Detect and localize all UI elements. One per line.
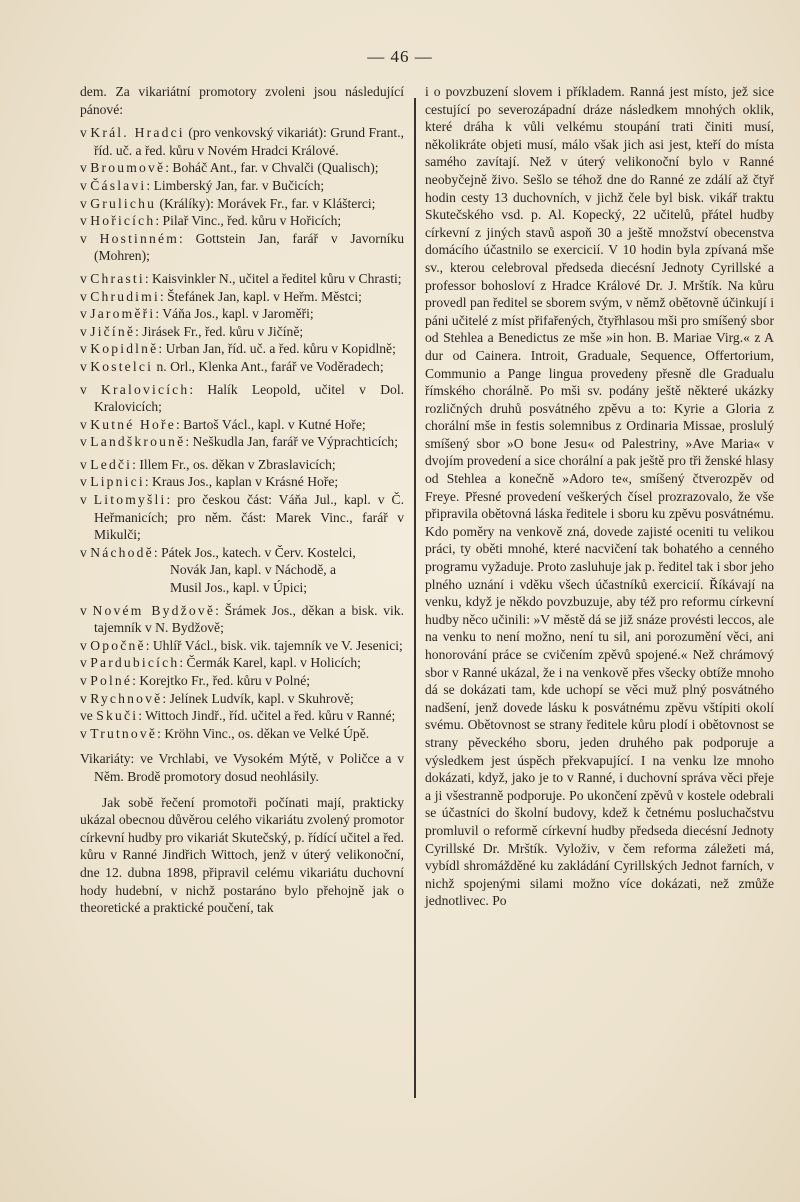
list-item: v Chrudimi: Štefánek Jan, kapl. v Heřm. … bbox=[80, 288, 404, 306]
list-item: v Landškrouně: Neškudla Jan, farář ve Vý… bbox=[80, 433, 404, 451]
place-name: Chrudimi bbox=[90, 289, 160, 304]
list-item: v Hostinném: Gottstein Jan, farář v Javo… bbox=[80, 230, 404, 265]
place-name: Ledči bbox=[90, 457, 132, 472]
place-name: Hořicích bbox=[90, 213, 155, 228]
place-name: Novém Bydžově bbox=[92, 603, 215, 618]
promoter-list: v Král. Hradci (pro venkovský vikariát):… bbox=[80, 124, 404, 742]
list-item: v Lipnici: Kraus Jos., kaplan v Krásné H… bbox=[80, 473, 404, 491]
place-name: Čáslavi bbox=[90, 178, 146, 193]
place-name: Skuči bbox=[96, 708, 138, 723]
list-item: v Novém Bydžově: Šrámek Jos., děkan a bi… bbox=[80, 602, 404, 637]
right-column: i o povzbuzení slovem i příkladem. Ranná… bbox=[425, 83, 774, 910]
list-item: v Ledči: Illem Fr., os. děkan v Zbraslav… bbox=[80, 456, 404, 474]
place-name: Grulichu bbox=[90, 196, 156, 211]
list-item: v Opočně: Uhlíř Václ., bisk. vik. tajemn… bbox=[80, 637, 404, 655]
place-name: Opočně bbox=[90, 638, 145, 653]
list-item-nachod: v Náchodě: Pátek Jos., katech. v Červ. K… bbox=[80, 544, 404, 597]
place-name: Pardubicích bbox=[90, 655, 179, 670]
place-name: Lipnici bbox=[90, 474, 145, 489]
place-name: Kostelci bbox=[90, 359, 153, 374]
scanned-page: — 46 — dem. Za vikariátní promotory zvol… bbox=[0, 0, 800, 1202]
list-item: v Kostelci n. Orl., Klenka Ant., farář v… bbox=[80, 358, 404, 376]
left-column: dem. Za vikariátní promotory zvoleni jso… bbox=[80, 83, 404, 917]
list-item: v Kralovicích: Halík Leopold, učitel v D… bbox=[80, 381, 404, 416]
column-divider bbox=[414, 98, 416, 1098]
body-paragraph: Jak sobě řečení promotoři počínati mají,… bbox=[80, 794, 404, 917]
intro-text: dem. Za vikariátní promotory zvoleni jso… bbox=[80, 83, 404, 118]
list-item: v Jičíně: Jirásek Fr., řed. kůru v Jičín… bbox=[80, 323, 404, 341]
list-item: ve Skuči: Wittoch Jindř., říd. učitel a … bbox=[80, 707, 404, 725]
place-name: Kralovicích bbox=[101, 382, 189, 397]
list-item: v Kutné Hoře: Bartoš Václ., kapl. v Kutn… bbox=[80, 416, 404, 434]
place-name: Polné bbox=[90, 673, 132, 688]
list-item: v Rychnově: Jelínek Ludvík, kapl. v Skuh… bbox=[80, 690, 404, 708]
list-item: v Jaroměři: Váňa Jos., kapl. v Jaroměři; bbox=[80, 305, 404, 323]
list-item: v Čáslavi: Limberský Jan, far. v Bučicíc… bbox=[80, 177, 404, 195]
list-item: v Pardubicích: Čermák Karel, kapl. v Hol… bbox=[80, 654, 404, 672]
place-name: Landškrouně bbox=[90, 434, 185, 449]
place-name: Broumově bbox=[90, 160, 165, 175]
list-item: v Chrasti: Kaisvinkler N., učitel a ředi… bbox=[80, 270, 404, 288]
body-paragraph: i o povzbuzení slovem i příkladem. Ranná… bbox=[425, 83, 774, 910]
place-name: Král. Hradci bbox=[90, 125, 184, 140]
list-item: v Polné: Korejtko Fr., řed. kůru v Polné… bbox=[80, 672, 404, 690]
place-name: Litomyšli bbox=[94, 492, 167, 507]
list-item: v Trutnově: Kröhn Vinc., os. děkan ve Ve… bbox=[80, 725, 404, 743]
place-name: Jaroměři bbox=[90, 306, 155, 321]
place-name: Jičíně bbox=[90, 324, 135, 339]
list-item: v Litomyšli: pro českou část: Váňa Jul.,… bbox=[80, 491, 404, 544]
list-item: v Král. Hradci (pro venkovský vikariát):… bbox=[80, 124, 404, 159]
page-number: — 46 — bbox=[0, 47, 800, 67]
place-name: Chrasti bbox=[90, 271, 145, 286]
list-item: v Broumově: Boháč Ant., far. v Chvalči (… bbox=[80, 159, 404, 177]
place-name: Trutnově bbox=[90, 726, 157, 741]
place-name: Kutné Hoře bbox=[90, 417, 176, 432]
list-item: v Kopidlně: Urban Jan, říd. uč. a řed. k… bbox=[80, 340, 404, 358]
list-item: v Grulichu (Králíky): Morávek Fr., far. … bbox=[80, 195, 404, 213]
place-name: Náchodě bbox=[90, 545, 154, 560]
place-name: Rychnově bbox=[90, 691, 162, 706]
place-name: Kopidlně bbox=[90, 341, 158, 356]
place-name: Hostinném bbox=[100, 231, 179, 246]
vikariaty-note: Vikariáty: ve Vrchlabi, ve Vysokém Mýtě,… bbox=[80, 750, 404, 785]
list-item: v Hořicích: Pilař Vinc., řed. kůru v Hoř… bbox=[80, 212, 404, 230]
